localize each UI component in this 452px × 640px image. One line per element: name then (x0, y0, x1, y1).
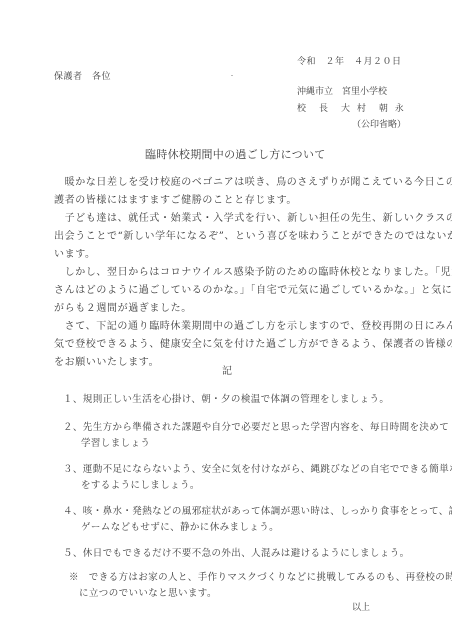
guideline-list: １、規則正しい生活を心掛け、朝・夕の検温で体調の管理をしましょう。 ２、先生方か… (63, 392, 403, 572)
note: ※ できる方はお家の人と、手作りマスクづくりなどに挑戦してみるのも、再登校の時に… (69, 570, 452, 602)
list-item-text: ゲームなどもせずに、静かに休みましょう。 (63, 520, 403, 536)
list-item-text: ５、休日でもできるだけ不要不急の外出、人混みは避けるようにしましょう。 (63, 546, 403, 562)
ki-heading: 記 (222, 362, 232, 377)
scan-speck (231, 75, 233, 76)
note-text: ※ できる方はお家の人と、手作りマスクづくりなどに挑戦してみるのも、再登校の時に… (69, 570, 452, 586)
closing: 以上 (352, 600, 370, 613)
list-item-text: ３、運動不足にならないよう、安全に気を付けながら、縄跳びなどの自宅でできる簡単な… (63, 462, 403, 478)
date: 令和 ２年 ４月２０日 (297, 56, 402, 68)
principal-name: 校 長 大 村 朝 永 (297, 103, 406, 115)
body-text: 暖かな日差しを受け校庭のベゴニアは咲き、鳥のさえずりが聞こえている今日この頃、保… (54, 176, 399, 374)
body-line: がらも２週間が過ぎました。 (54, 302, 399, 320)
body-line: 気で登校できるよう、健康安全に気を付けた過ごし方ができるよう、保護者の皆様のご協… (54, 338, 399, 356)
body-line: さんはどのように過ごしているのかな。」「自宅で元気に過ごしているかな。」と気にな… (54, 284, 399, 302)
body-line: しかし、翌日からはコロナウイルス感染予防のための臨時休校となりました。「児童の皆 (54, 266, 399, 284)
list-item-text: をするようにしましょう。 (63, 478, 403, 494)
body-line: 暖かな日差しを受け校庭のベゴニアは咲き、鳥のさえずりが聞こえている今日この頃、保 (54, 176, 399, 194)
body-line: 出会うことで“新しい学年になるぞ”、という喜びを味わうことができたのではないかと… (54, 230, 399, 248)
addressee: 保護者 各位 (54, 71, 111, 83)
school-name: 沖縄市立 宮里小学校 (297, 86, 387, 98)
list-item-text: ２、先生方から準備された課題や自分で必要だと思った学習内容を、毎日時間を決めて (63, 420, 403, 436)
list-item: ４、咳・鼻水・発熱などの風邪症状があって体調が悪い時は、しっかり食事をとって、読… (63, 504, 403, 536)
body-line: さて、下記の通り臨時休業期間中の過ごし方を示しますので、登校再開の日にみんなが元 (54, 320, 399, 338)
seal-note: （公印省略） (352, 119, 406, 131)
list-item-text: ４、咳・鼻水・発熱などの風邪症状があって体調が悪い時は、しっかり食事をとって、読… (63, 504, 403, 520)
body-line: 子ども達は、就任式・始業式・入学式を行い、新しい担任の先生、新しいクラスの友達に (54, 212, 399, 230)
body-line: 護者の皆様にはますますご健勝のことと存じます。 (54, 194, 399, 212)
list-item: ５、休日でもできるだけ不要不急の外出、人混みは避けるようにしましょう。 (63, 546, 403, 562)
list-item-text: １、規則正しい生活を心掛け、朝・夕の検温で体調の管理をしましょう。 (63, 392, 403, 408)
list-item: ２、先生方から準備された課題や自分で必要だと思った学習内容を、毎日時間を決めて … (63, 420, 403, 452)
note-text: に立つのでいいなと思います。 (69, 586, 452, 602)
list-item-text: 学習しましょう (63, 436, 403, 452)
list-item: １、規則正しい生活を心掛け、朝・夕の検温で体調の管理をしましょう。 (63, 392, 403, 408)
body-line: います。 (54, 248, 399, 266)
document-title: 臨時休校期間中の過ごし方について (145, 148, 326, 161)
list-item: ３、運動不足にならないよう、安全に気を付けながら、縄跳びなどの自宅でできる簡単な… (63, 462, 403, 494)
